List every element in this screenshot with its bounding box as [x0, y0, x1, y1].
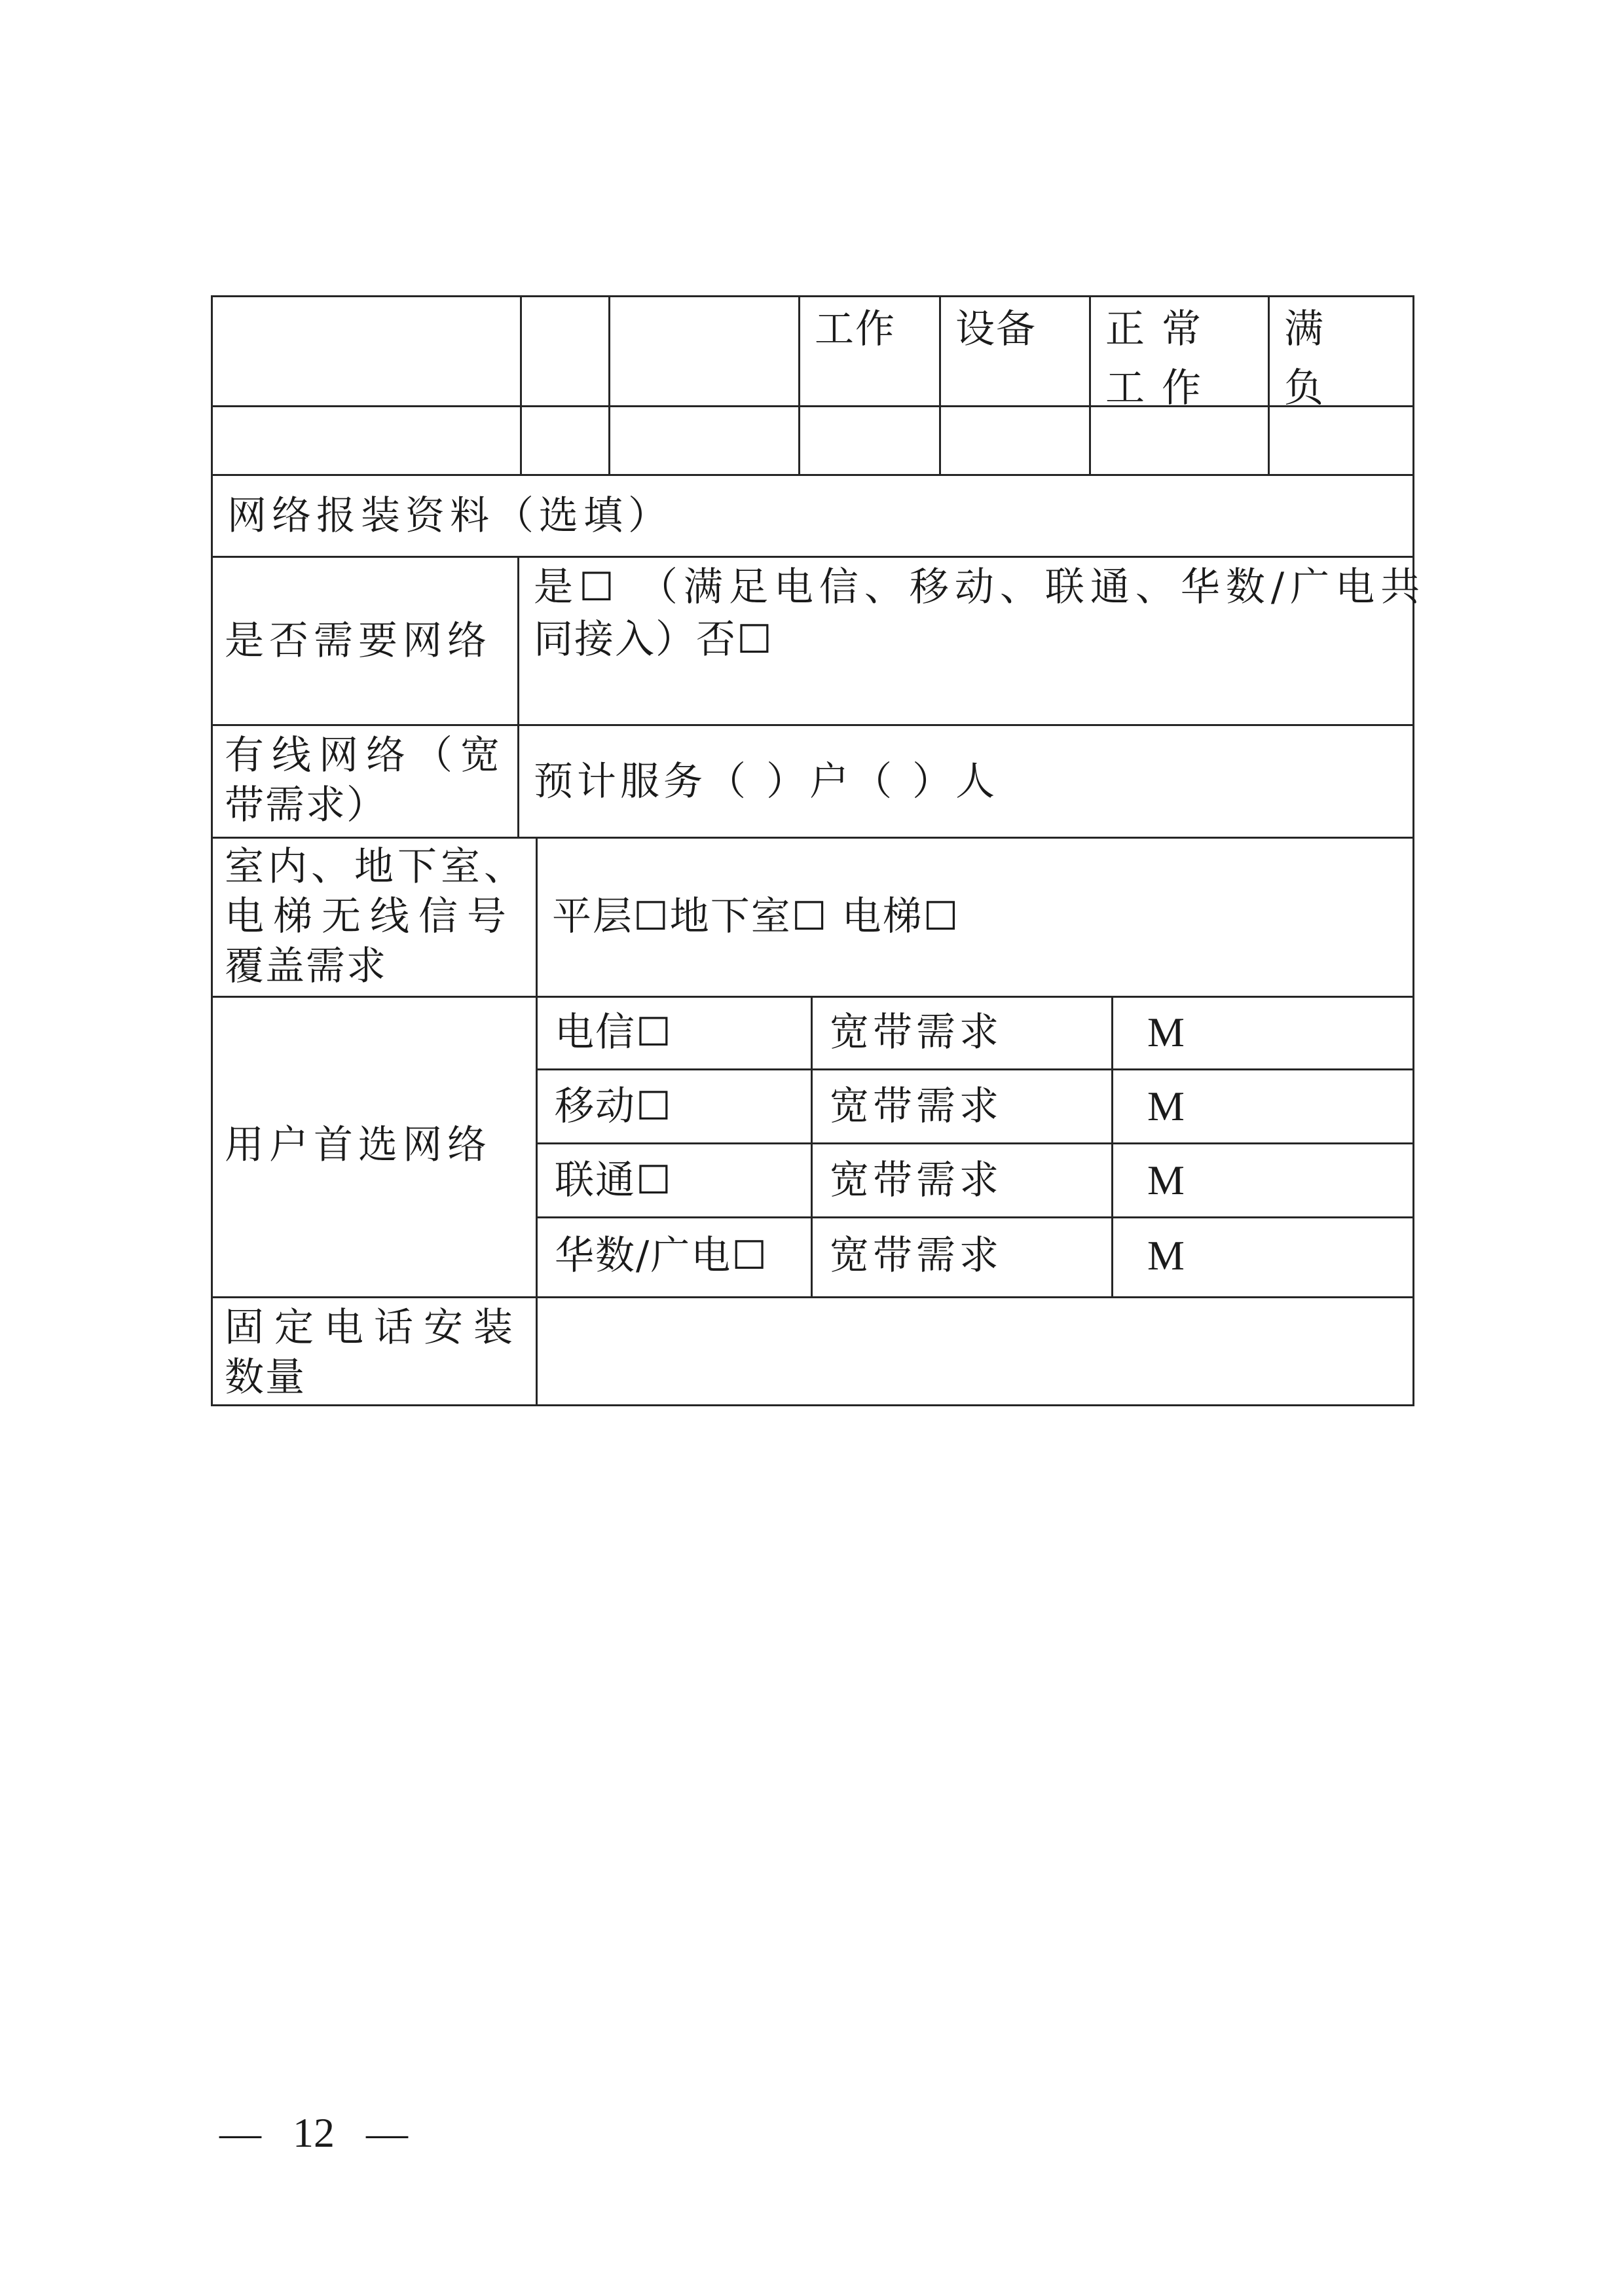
demand-cell-telecom: 宽带需求	[811, 996, 1113, 1070]
demand-telecom: 宽带需求	[830, 1003, 1003, 1062]
carrier-wasu: 华数/广电☐	[555, 1226, 768, 1285]
document-page: 工作 设备 正常工作 满负荷 网络报装资料（选填） 是否需要网络 是☐ （满足电…	[0, 0, 1624, 2296]
wired-network-value-cell[interactable]: 预计服务（ ）户（ ）人	[517, 724, 1414, 839]
unit-cell-unicom[interactable]: M	[1111, 1142, 1414, 1218]
table-cell-r2c2[interactable]	[520, 405, 610, 476]
carrier-cell-telecom[interactable]: 电信☐	[536, 996, 813, 1070]
indoor-coverage-label-3: 覆盖需求	[225, 937, 387, 996]
table-cell-r1c1	[211, 295, 522, 407]
table-cell-r2c3[interactable]	[608, 405, 800, 476]
section-title-row: 网络报装资料（选填）	[211, 474, 1414, 558]
unit-cell-wasu[interactable]: M	[1111, 1216, 1414, 1298]
indoor-coverage-value-cell[interactable]: 平层☐地下室☐ 电梯☐	[536, 837, 1414, 998]
header-normal-work: 正常工作	[1105, 300, 1263, 418]
preferred-network-label: 用户首选网络	[225, 1116, 492, 1175]
table-cell-r2c6[interactable]	[1089, 405, 1270, 476]
indoor-coverage-label-cell: 室内、地下室、 电梯无线信号 覆盖需求	[211, 837, 538, 998]
fixed-phone-value-cell[interactable]	[536, 1296, 1414, 1406]
demand-cell-unicom: 宽带需求	[811, 1142, 1113, 1218]
unit-cell-mobile[interactable]: M	[1111, 1068, 1414, 1144]
carrier-cell-mobile[interactable]: 移动☐	[536, 1068, 813, 1144]
table-cell-r1c4: 工作	[798, 295, 941, 407]
unit-wasu: M	[1147, 1226, 1185, 1285]
carrier-unicom: 联通☐	[555, 1151, 673, 1210]
wired-network-value: 预计服务（ ）户（ ）人	[534, 752, 999, 811]
carrier-cell-wasu[interactable]: 华数/广电☐	[536, 1216, 813, 1298]
preferred-network-label-cell: 用户首选网络	[211, 996, 538, 1298]
wired-network-label-cell: 有线网络（宽 带需求）	[211, 724, 519, 839]
need-network-value-cell[interactable]: 是☐ （满足电信、移动、联通、华数/广电共 同接入）否☐	[517, 556, 1414, 726]
indoor-coverage-value: 平层☐地下室☐ 电梯☐	[552, 887, 959, 946]
unit-unicom: M	[1147, 1151, 1185, 1210]
demand-mobile: 宽带需求	[830, 1077, 1003, 1136]
unit-cell-telecom[interactable]: M	[1111, 996, 1414, 1070]
table-cell-r2c4[interactable]	[798, 405, 941, 476]
table-cell-r1c5: 设备	[939, 295, 1091, 407]
unit-mobile: M	[1147, 1077, 1185, 1136]
table-cell-r2c5[interactable]	[939, 405, 1091, 476]
unit-telecom: M	[1147, 1003, 1185, 1062]
page-number: — 12 —	[219, 2107, 408, 2159]
demand-cell-mobile: 宽带需求	[811, 1068, 1113, 1144]
carrier-telecom: 电信☐	[555, 1003, 673, 1062]
header-equipment: 设备	[955, 300, 1037, 359]
section-title: 网络报装资料（选填）	[227, 486, 673, 545]
need-network-label: 是否需要网络	[225, 611, 492, 670]
table-cell-r1c3	[608, 295, 800, 407]
table-cell-r1c6: 正常工作	[1089, 295, 1270, 407]
fixed-phone-label-cell: 固定电话安装 数量	[211, 1296, 538, 1406]
header-work: 工作	[815, 300, 896, 359]
demand-cell-wasu: 宽带需求	[811, 1216, 1113, 1298]
table-cell-r1c7: 满负荷	[1268, 295, 1414, 407]
need-network-line1: 是☐ （满足电信、移动、联通、华数/广电共	[534, 558, 1426, 617]
table-cell-r1c2	[520, 295, 610, 407]
wired-network-label-2: 带需求）	[225, 776, 387, 835]
need-network-label-cell: 是否需要网络	[211, 556, 519, 726]
demand-unicom: 宽带需求	[830, 1151, 1003, 1210]
table-cell-r2c7[interactable]	[1268, 405, 1414, 476]
demand-wasu: 宽带需求	[830, 1226, 1003, 1285]
table-cell-r2c1[interactable]	[211, 405, 522, 476]
carrier-cell-unicom[interactable]: 联通☐	[536, 1142, 813, 1218]
carrier-mobile: 移动☐	[555, 1077, 673, 1136]
need-network-line2: 同接入）否☐	[534, 610, 773, 669]
fixed-phone-label-2: 数量	[225, 1348, 306, 1407]
